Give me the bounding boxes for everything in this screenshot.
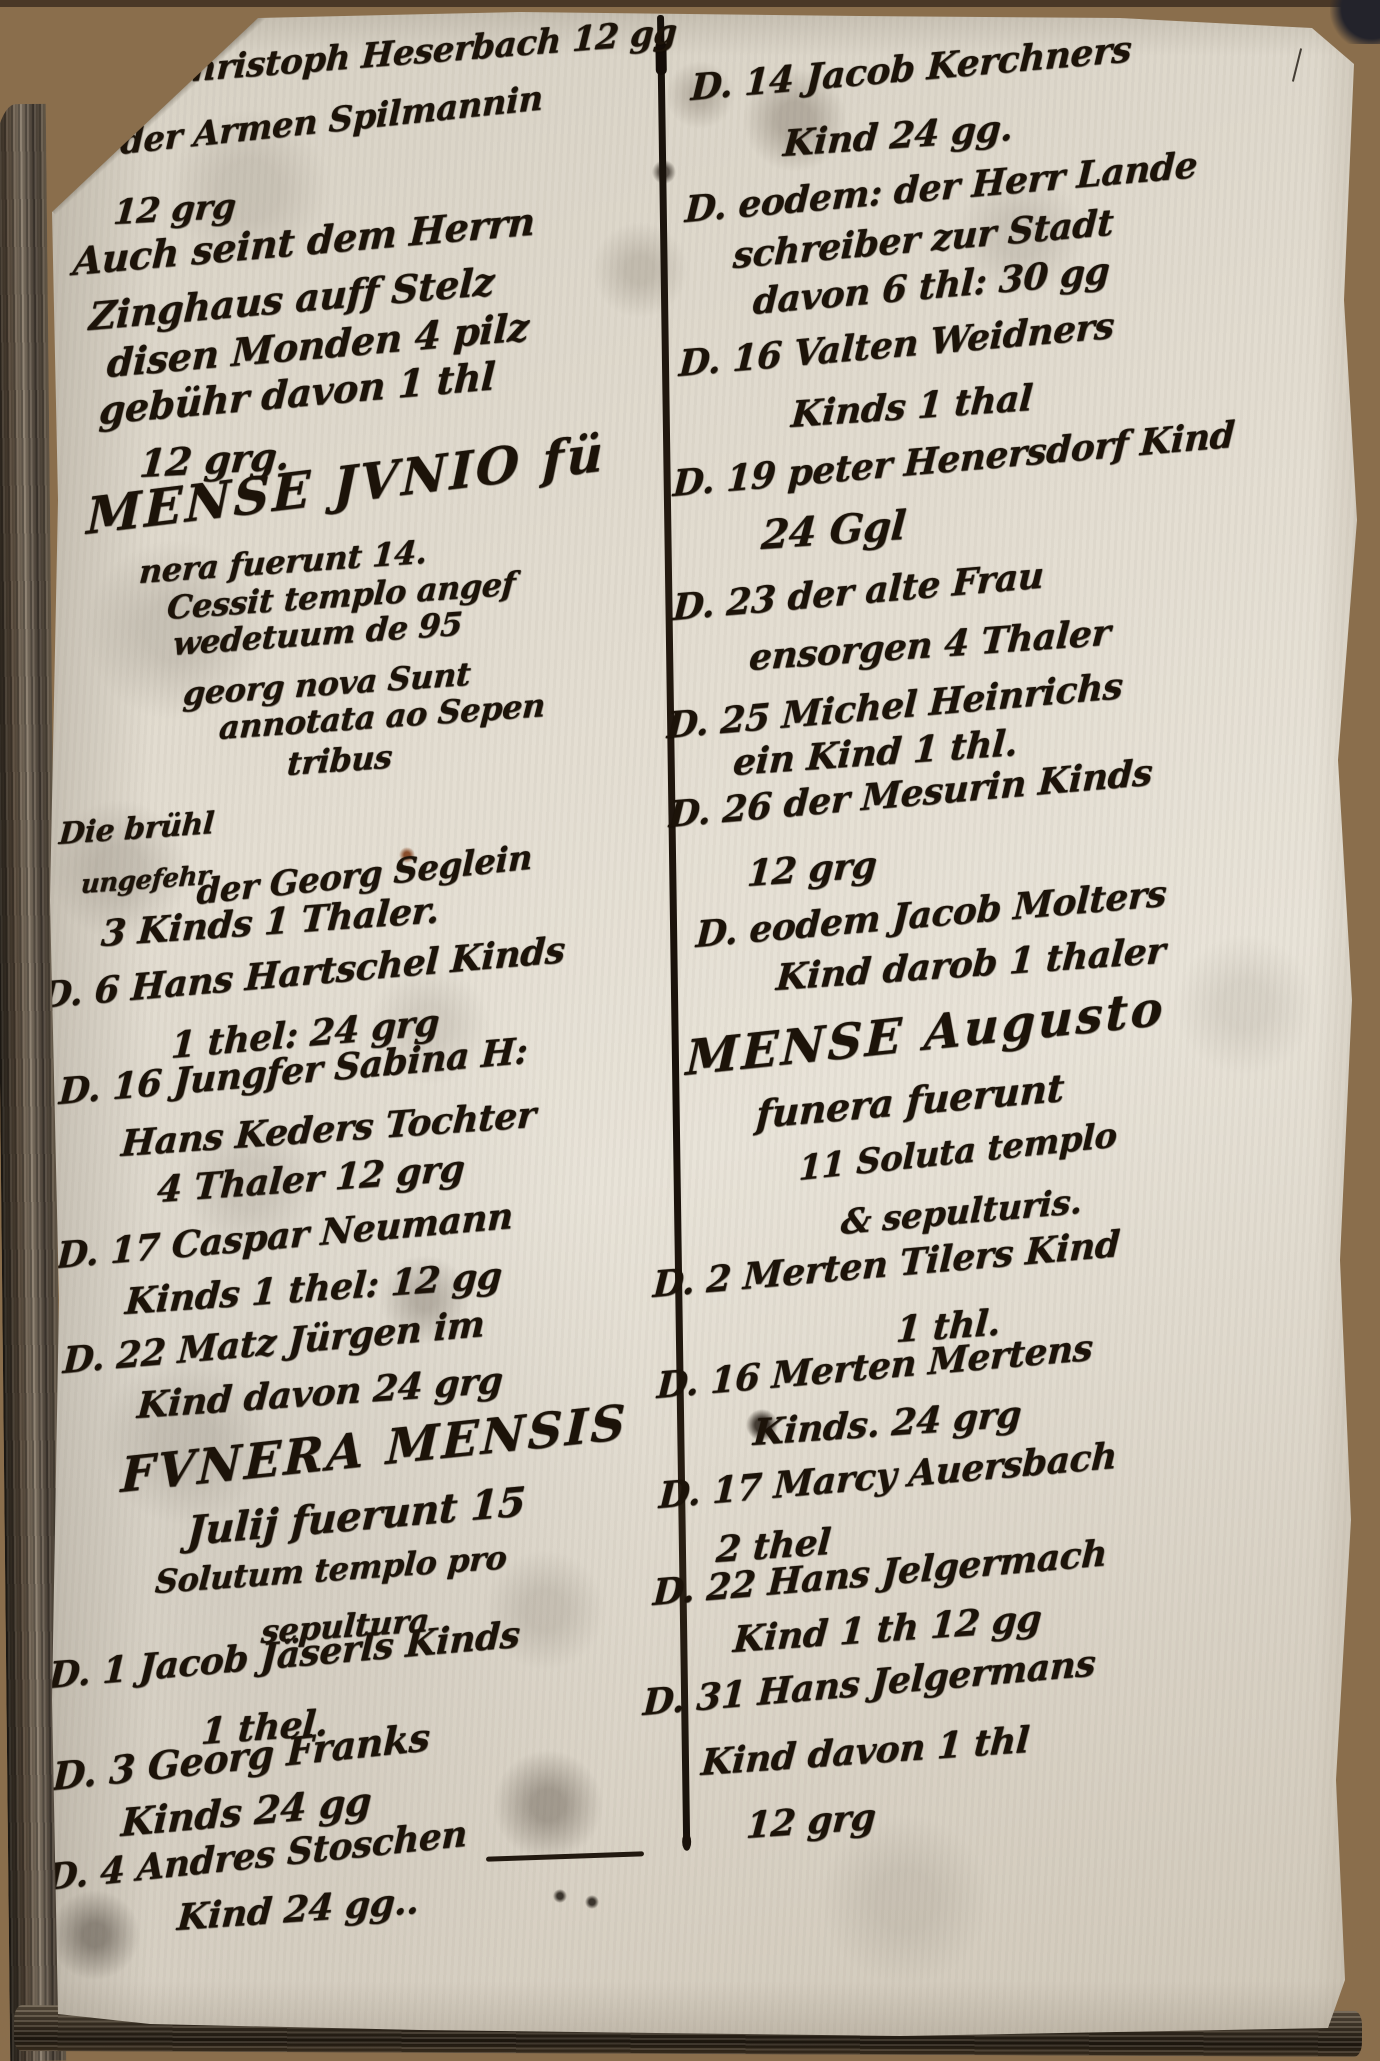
manuscript-line: MENSE Augusto xyxy=(685,984,1166,1083)
manuscript-line: D. 19 peter Henersdorf Kind xyxy=(672,417,1235,502)
right-column: D. 14 Jacob KerchnersKind 24 gg.D. eodem… xyxy=(0,0,1380,2061)
manuscript-page: Diel Christoph Heserbach 12 gg18231 der … xyxy=(0,0,1380,2061)
manuscript-line: Kind davon 1 thl xyxy=(700,1722,1030,1781)
manuscript-line: Kind 1 th 12 gg xyxy=(732,1600,1043,1658)
manuscript-line: D. 16 Merten Mertens xyxy=(656,1330,1094,1404)
manuscript-line: Kinds 1 thal xyxy=(790,380,1034,433)
board-top-rim xyxy=(0,0,1380,7)
manuscript-line: D. 16 Valten Weidners xyxy=(678,308,1115,382)
corner-cloth-patch xyxy=(1330,0,1380,44)
manuscript-line: 12 grg xyxy=(746,847,878,892)
manuscript-line: Kinds. 24 grg xyxy=(752,1396,1022,1451)
manuscript-line: ensorgen 4 Thaler xyxy=(748,615,1111,676)
manuscript-line: D. 14 Jacob Kerchners xyxy=(690,31,1132,106)
page-number: 182 xyxy=(50,96,131,148)
manuscript-line: D. 23 der alte Frau xyxy=(672,557,1045,626)
manuscript-photo: Diel Christoph Heserbach 12 gg18231 der … xyxy=(0,0,1380,2061)
manuscript-line: D. 31 Hans Jelgermans xyxy=(642,1645,1096,1721)
manuscript-line: Kind 24 gg. xyxy=(782,110,1014,162)
manuscript-line: 12 grg xyxy=(745,1799,877,1844)
manuscript-line: 24 Ggl xyxy=(760,506,907,556)
manuscript-line: D. 17 Marcy Auersbach xyxy=(658,1438,1118,1514)
manuscript-line: funera fuerunt xyxy=(755,1069,1065,1134)
